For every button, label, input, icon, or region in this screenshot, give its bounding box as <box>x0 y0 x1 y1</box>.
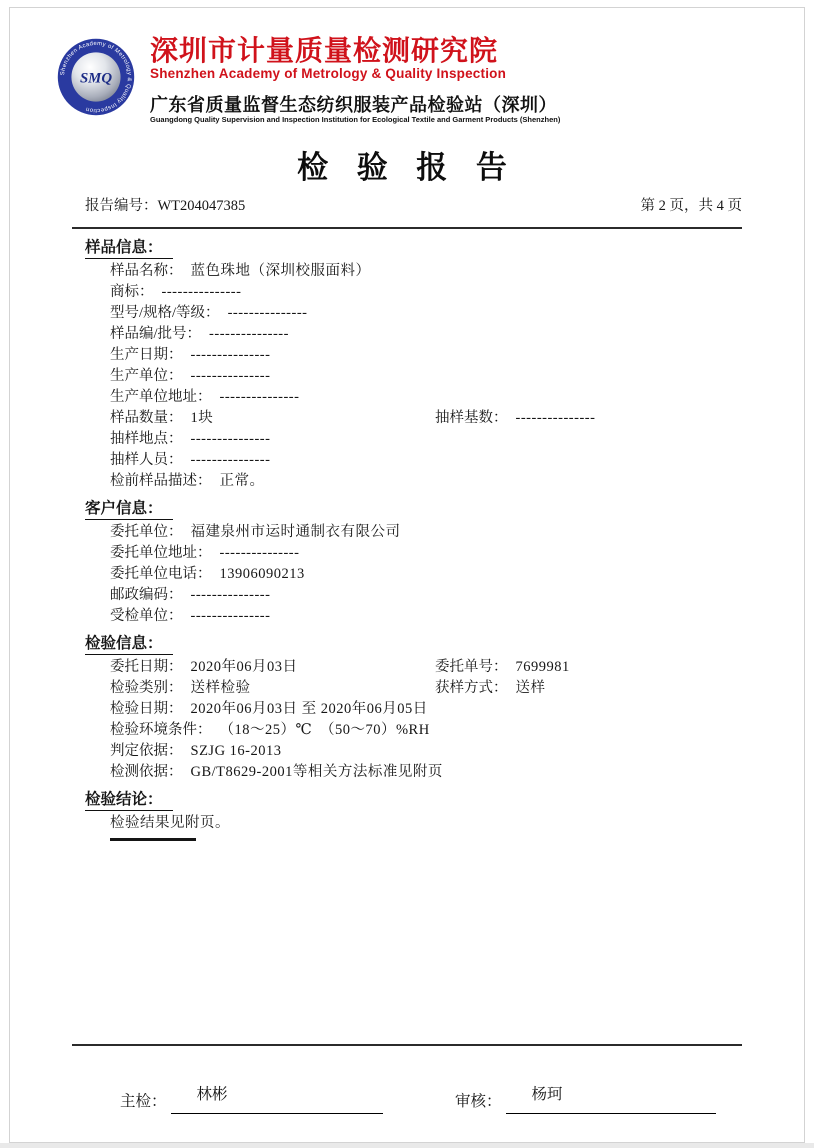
report-number-label: 报告编号： <box>85 198 158 214</box>
field-row: 判定依据：SZJG 16-2013 <box>72 741 742 762</box>
field-label: 获样方式： <box>435 678 508 699</box>
field-label: 抽样基数： <box>435 408 508 429</box>
field-value: --------------- <box>220 545 300 561</box>
field-label: 检验类别： <box>110 678 183 699</box>
inspection-report-page: Shenzhen Academy of Metrology & Quality … <box>0 0 814 1148</box>
field-row: 生产单位地址：--------------- <box>72 387 742 408</box>
section-sample-info: 样品信息： 样品名称：蓝色珠地（深圳校服面料） 商标：-------------… <box>72 237 742 492</box>
section-heading-text: 样品信息： <box>85 238 173 259</box>
inspector-signature: 主检：林彬 <box>120 1083 383 1114</box>
field-label: 生产单位地址： <box>110 387 212 408</box>
field-value: --------------- <box>228 305 308 321</box>
field-value: SZJG 16-2013 <box>191 743 282 759</box>
section-heading-text: 检验信息： <box>85 634 173 655</box>
field-row: 检验环境条件：（18～25）℃ （50～70）%RH <box>72 720 742 741</box>
field-value: --------------- <box>191 368 271 384</box>
section-heading: 检验信息： <box>85 633 742 657</box>
field-row: 邮政编码：--------------- <box>72 585 742 606</box>
field-value: （18～25）℃ （50～70）%RH <box>220 722 430 738</box>
field-row: 生产单位：--------------- <box>72 366 742 387</box>
field-value: GB/T8629-2001等相关方法标准见附页 <box>191 764 443 780</box>
inspector-label: 主检： <box>120 1089 167 1114</box>
field-label: 委托日期： <box>110 657 183 678</box>
field-label: 判定依据： <box>110 741 183 762</box>
footer-divider <box>72 1044 742 1046</box>
field-row: 委托单位电话：13906090213 <box>72 564 742 585</box>
field-pair-right: 委托单号：7699981 <box>435 657 570 678</box>
field-value: 蓝色珠地（深圳校服面料） <box>191 263 371 279</box>
section-heading: 样品信息： <box>85 237 742 261</box>
field-row: 委托日期：2020年06月03日 委托单号：7699981 <box>72 657 742 678</box>
field-label: 委托单位电话： <box>110 564 212 585</box>
field-value: --------------- <box>191 452 271 468</box>
reviewer-label: 审核： <box>455 1089 502 1114</box>
field-row: 检前样品描述：正常。 <box>72 471 742 492</box>
smq-logo-icon: Shenzhen Academy of Metrology & Quality … <box>57 38 135 116</box>
org-title-block: 深圳市计量质量检测研究院 Shenzhen Academy of Metrolo… <box>150 36 770 124</box>
field-row: 委托单位：福建泉州市运时通制衣有限公司 <box>72 522 742 543</box>
field-pair-right: 抽样基数：--------------- <box>435 408 595 429</box>
field-row: 样品编/批号：--------------- <box>72 324 742 345</box>
report-body: 样品信息： 样品名称：蓝色珠地（深圳校服面料） 商标：-------------… <box>72 237 742 841</box>
field-label: 委托单号： <box>435 657 508 678</box>
field-label: 检测依据： <box>110 762 183 783</box>
report-number: 报告编号：WT204047385 <box>85 194 245 215</box>
field-row: 检测依据：GB/T8629-2001等相关方法标准见附页 <box>72 762 742 783</box>
field-label: 商标： <box>110 282 154 303</box>
smq-logo-svg: Shenzhen Academy of Metrology & Quality … <box>57 38 135 116</box>
field-value: --------------- <box>162 284 242 300</box>
field-label: 型号/规格/等级： <box>110 303 220 324</box>
field-value: --------------- <box>191 608 271 624</box>
section-customer-info: 客户信息： 委托单位：福建泉州市运时通制衣有限公司 委托单位地址：-------… <box>72 498 742 627</box>
field-row: 检验结果见附页。 <box>72 813 742 834</box>
logo-text: SMQ <box>80 70 112 86</box>
field-label: 检验环境条件： <box>110 720 212 741</box>
field-label: 抽样人员： <box>110 450 183 471</box>
reviewer-signature-line: 杨珂 <box>506 1083 716 1114</box>
field-label: 样品编/批号： <box>110 324 201 345</box>
inspector-signature-line: 林彬 <box>171 1083 383 1114</box>
report-meta: 报告编号：WT204047385 第 2 页，共 4 页 <box>85 194 742 215</box>
section-heading: 检验结论： <box>85 789 742 813</box>
header-divider <box>72 227 742 229</box>
field-row: 样品数量：1块 抽样基数：--------------- <box>72 408 742 429</box>
field-pair-right: 获样方式：送样 <box>435 678 546 699</box>
conclusion-text: 检验结果见附页。 <box>110 815 230 831</box>
field-label: 检前样品描述： <box>110 471 212 492</box>
field-row: 抽样地点：--------------- <box>72 429 742 450</box>
field-label: 样品数量： <box>110 408 183 429</box>
field-value: --------------- <box>191 431 271 447</box>
field-row: 生产日期：--------------- <box>72 345 742 366</box>
section-heading-text: 客户信息： <box>85 499 173 520</box>
section-conclusion: 检验结论： 检验结果见附页。 <box>72 789 742 841</box>
field-label: 检验日期： <box>110 699 183 720</box>
field-row: 抽样人员：--------------- <box>72 450 742 471</box>
field-value: 2020年06月03日 至 2020年06月05日 <box>191 701 428 717</box>
field-row: 样品名称：蓝色珠地（深圳校服面料） <box>72 261 742 282</box>
field-label: 样品名称： <box>110 261 183 282</box>
field-value: --------------- <box>516 410 596 426</box>
field-value: --------------- <box>209 326 289 342</box>
field-row: 委托单位地址：--------------- <box>72 543 742 564</box>
field-value: 送样检验 <box>191 680 251 696</box>
signature-row: 主检：林彬 审核：杨珂 <box>0 1074 814 1114</box>
org-name-en: Shenzhen Academy of Metrology & Quality … <box>150 66 770 82</box>
conclusion-strike-line <box>110 838 196 841</box>
org-name-cn: 深圳市计量质量检测研究院 <box>150 36 770 66</box>
field-value: --------------- <box>191 587 271 603</box>
section-inspection-info: 检验信息： 委托日期：2020年06月03日 委托单号：7699981 检验类别… <box>72 633 742 783</box>
field-label: 邮政编码： <box>110 585 183 606</box>
field-value: --------------- <box>191 347 271 363</box>
reviewer-signature: 审核：杨珂 <box>455 1083 716 1114</box>
field-label: 委托单位： <box>110 522 183 543</box>
report-title: 检 验 报 告 <box>0 142 814 187</box>
field-row: 商标：--------------- <box>72 282 742 303</box>
field-value: --------------- <box>220 389 300 405</box>
field-label: 抽样地点： <box>110 429 183 450</box>
field-row: 型号/规格/等级：--------------- <box>72 303 742 324</box>
page-bottom-edge <box>0 1143 814 1148</box>
section-heading: 客户信息： <box>85 498 742 522</box>
station-name-en: Guangdong Quality Supervision and Inspec… <box>150 115 770 124</box>
field-row: 受检单位：--------------- <box>72 606 742 627</box>
field-label: 生产单位： <box>110 366 183 387</box>
section-heading-text: 检验结论： <box>85 790 173 811</box>
report-number-value: WT204047385 <box>158 198 246 214</box>
field-label: 生产日期： <box>110 345 183 366</box>
field-value: 福建泉州市运时通制衣有限公司 <box>191 524 401 540</box>
station-name-cn: 广东省质量监督生态纺织服装产品检验站（深圳） <box>150 95 770 115</box>
field-value: 正常。 <box>220 473 265 489</box>
field-row: 检验类别：送样检验 获样方式：送样 <box>72 678 742 699</box>
field-label: 受检单位： <box>110 606 183 627</box>
inspector-name: 林彬 <box>197 1083 228 1107</box>
field-row: 检验日期：2020年06月03日 至 2020年06月05日 <box>72 699 742 720</box>
field-label: 委托单位地址： <box>110 543 212 564</box>
field-value: 7699981 <box>516 659 570 675</box>
field-value: 送样 <box>516 680 546 696</box>
field-value: 13906090213 <box>220 566 305 582</box>
page-indicator: 第 2 页，共 4 页 <box>641 194 743 215</box>
field-value: 1块 <box>191 410 214 426</box>
field-value: 2020年06月03日 <box>191 659 298 675</box>
reviewer-name: 杨珂 <box>532 1083 563 1107</box>
